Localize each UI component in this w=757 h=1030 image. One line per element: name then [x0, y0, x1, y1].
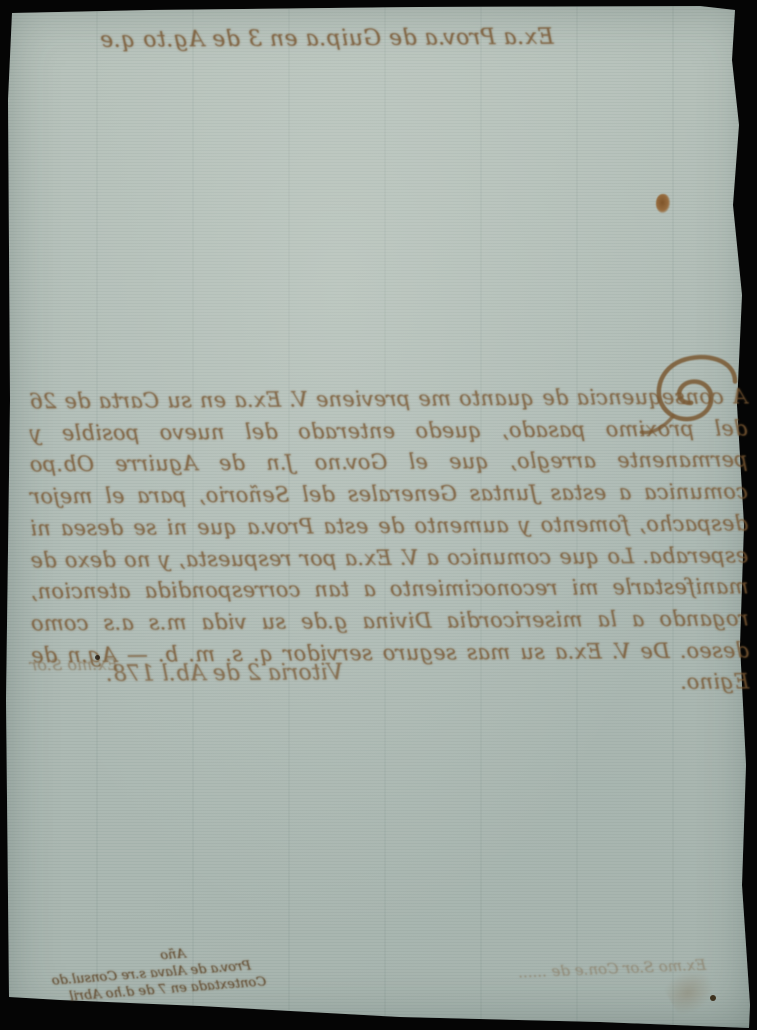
ink-dot: [710, 995, 716, 1001]
letter-body-bleedthrough: A consequencia de quanto me previene V. …: [29, 381, 749, 703]
dateline-bleedthrough: Vitoria 2 de Ab.l 178.: [91, 660, 343, 687]
scanned-letter-page: Ex.a Prov.a de Guip.a en 3 de Ag.to q.e …: [0, 0, 757, 1030]
bleedthrough-ink-layer: Ex.a Prov.a de Guip.a en 3 de Ag.to q.e …: [0, 0, 757, 1030]
header-docket-bleedthrough: Ex.a Prov.a de Guip.a en 3 de Ag.to q.e: [197, 25, 554, 53]
bottom-left-docket-bleedthrough: Año Prov.a de Alava s.re Consul.do Conte…: [54, 940, 267, 1007]
ink-fleck: [95, 655, 100, 660]
